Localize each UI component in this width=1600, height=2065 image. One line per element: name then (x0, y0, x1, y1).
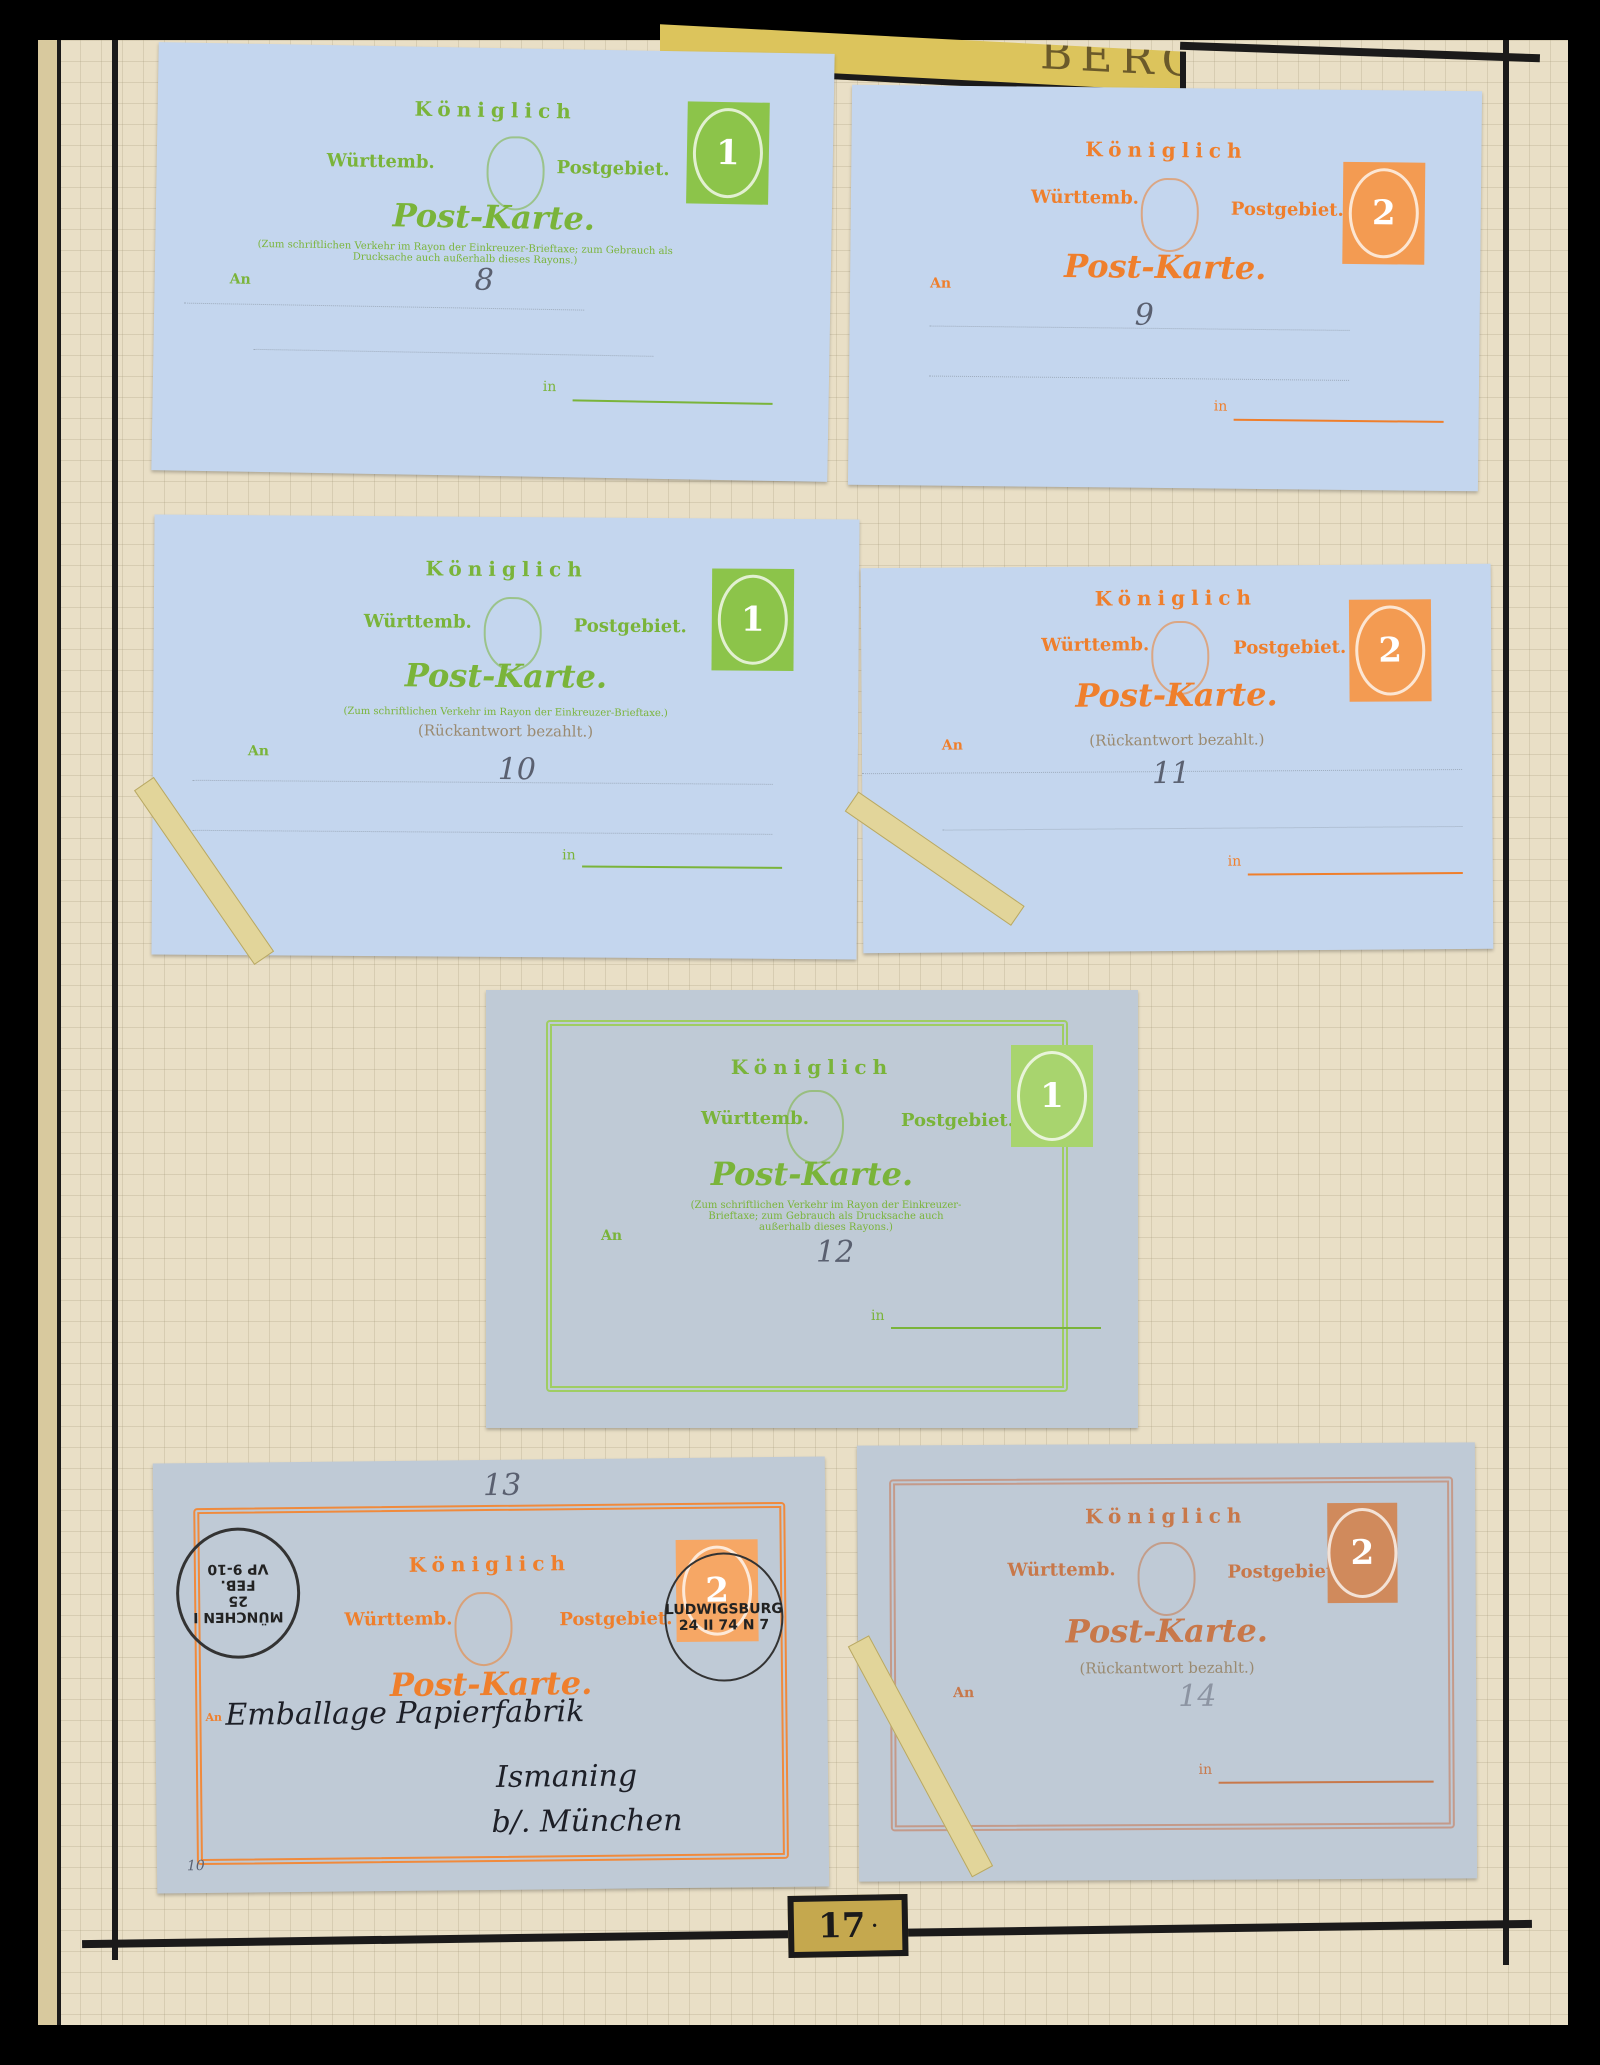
card-right-word: Postgebiet. (1227, 1561, 1340, 1583)
an-label: An (942, 737, 963, 753)
in-label: in (1214, 399, 1228, 415)
in-line (1248, 872, 1463, 876)
reply-note: (Rückantwort bezahlt.) (153, 720, 858, 743)
address-line (184, 303, 584, 311)
handwritten-number: 12 (816, 1235, 854, 1270)
address-line (192, 830, 772, 835)
address-line (929, 376, 1349, 381)
card-left-word: Württemb. (1031, 187, 1139, 209)
in-label: in (1199, 1762, 1213, 1778)
in-label: in (871, 1308, 885, 1324)
in-label: in (1228, 854, 1242, 870)
in-line (573, 399, 773, 404)
in-line (1234, 419, 1444, 423)
border-line-right (1503, 40, 1509, 1965)
postmark-ludwigsburg: LUDWIGSBURG24 II 74 N 7 (664, 1552, 784, 1682)
an-label: An (248, 743, 269, 759)
reply-note: (Rückantwort bezahlt.) (858, 1657, 1476, 1678)
card-left-word: Württemb. (1007, 1559, 1115, 1581)
in-line (582, 866, 782, 869)
an-label: An (230, 271, 251, 287)
page-number: 17· (787, 1894, 908, 1958)
stamp-2-kreuzer: 2 (1342, 162, 1425, 265)
mounting-tape (134, 777, 274, 965)
card-right-word: Postgebiet. (556, 157, 669, 180)
address-line (193, 780, 773, 785)
border-line-left-inner (112, 40, 118, 1960)
coat-of-arms-icon (1137, 1542, 1195, 1616)
mounting-tape (845, 791, 1025, 925)
card-subtitle: (Zum schriftlichen Verkehr im Rayon der … (255, 239, 675, 268)
card-subtitle: (Zum schriftlichen Verkehr im Rayon der … (153, 705, 858, 721)
postcard-12: Königlich Württemb. Postgebiet. Post-Kar… (486, 990, 1138, 1428)
card-right-word: Postgebiet. (1233, 637, 1346, 659)
coat-of-arms-icon (786, 1090, 844, 1164)
card-header: Königlich (851, 135, 1481, 166)
corner-note: 10 (187, 1858, 205, 1874)
card-left-word: Württemb. (1041, 634, 1149, 656)
card-subtitle: (Zum schriftlichen Verkehr im Rayon der … (686, 1200, 966, 1233)
in-line (891, 1327, 1101, 1329)
address-line-3: b/. München (491, 1803, 682, 1840)
banner-text: BERG (1040, 28, 1186, 88)
an-label: An (601, 1228, 622, 1244)
card-title: Post-Karte. (486, 1155, 1138, 1193)
stamp-2-kreuzer: 2 (1349, 599, 1432, 702)
handwritten-number: 14 (1178, 1679, 1216, 1714)
stamp-2-kreuzer: 2 (1327, 1503, 1398, 1603)
stamp-1-kreuzer: 1 (1011, 1045, 1093, 1147)
an-label: An (205, 1711, 222, 1724)
an-label: An (930, 276, 951, 292)
address-line (942, 826, 1462, 831)
card-left-word: Württemb. (327, 150, 435, 173)
postcard-9: Königlich Württemb. Postgebiet. Post-Kar… (848, 85, 1482, 492)
stamp-1-kreuzer: 1 (711, 568, 794, 671)
address-line (253, 349, 653, 357)
postcard-14: Königlich Württemb. Postgebiet. Post-Kar… (857, 1442, 1477, 1881)
handwritten-number: 11 (1152, 756, 1190, 791)
address-line-1: Emballage Papierfabrik (225, 1694, 584, 1733)
card-right-word: Postgebiet. (1231, 199, 1344, 221)
stamp-1-kreuzer: 1 (686, 101, 770, 204)
card-left-word: Württemb. (344, 1608, 452, 1630)
postcard-13: 13 Königlich Württemb. Postgebiet. Post-… (153, 1456, 829, 1893)
card-title: Post-Karte. (858, 1610, 1476, 1651)
address-line-2: Ismaning (496, 1758, 637, 1794)
postcard-8: Königlich Württemb. Postgebiet. Post-Kar… (151, 42, 834, 482)
postmark-munchen: MÜNCHEN I25FEB.VP 9-10 (175, 1527, 300, 1659)
in-label: in (562, 847, 576, 863)
card-right-word: Postgebiet. (559, 1608, 672, 1630)
in-label: in (543, 379, 557, 395)
postcard-10: Königlich Württemb. Postgebiet. Post-Kar… (151, 515, 859, 960)
coat-of-arms-icon (1140, 178, 1199, 253)
card-right-word: Postgebiet. (574, 615, 687, 637)
album-spine (38, 40, 58, 2025)
postcard-11: Königlich Württemb. Postgebiet. Post-Kar… (861, 564, 1494, 953)
handwritten-number: 8 (474, 263, 494, 298)
card-right-word: Postgebiet. (901, 1110, 1014, 1131)
handwritten-number: 13 (483, 1468, 522, 1503)
border-line-left-outer (57, 40, 61, 2025)
coat-of-arms-icon (454, 1592, 513, 1667)
card-left-word: Württemb. (364, 611, 472, 633)
an-label: An (953, 1685, 974, 1701)
